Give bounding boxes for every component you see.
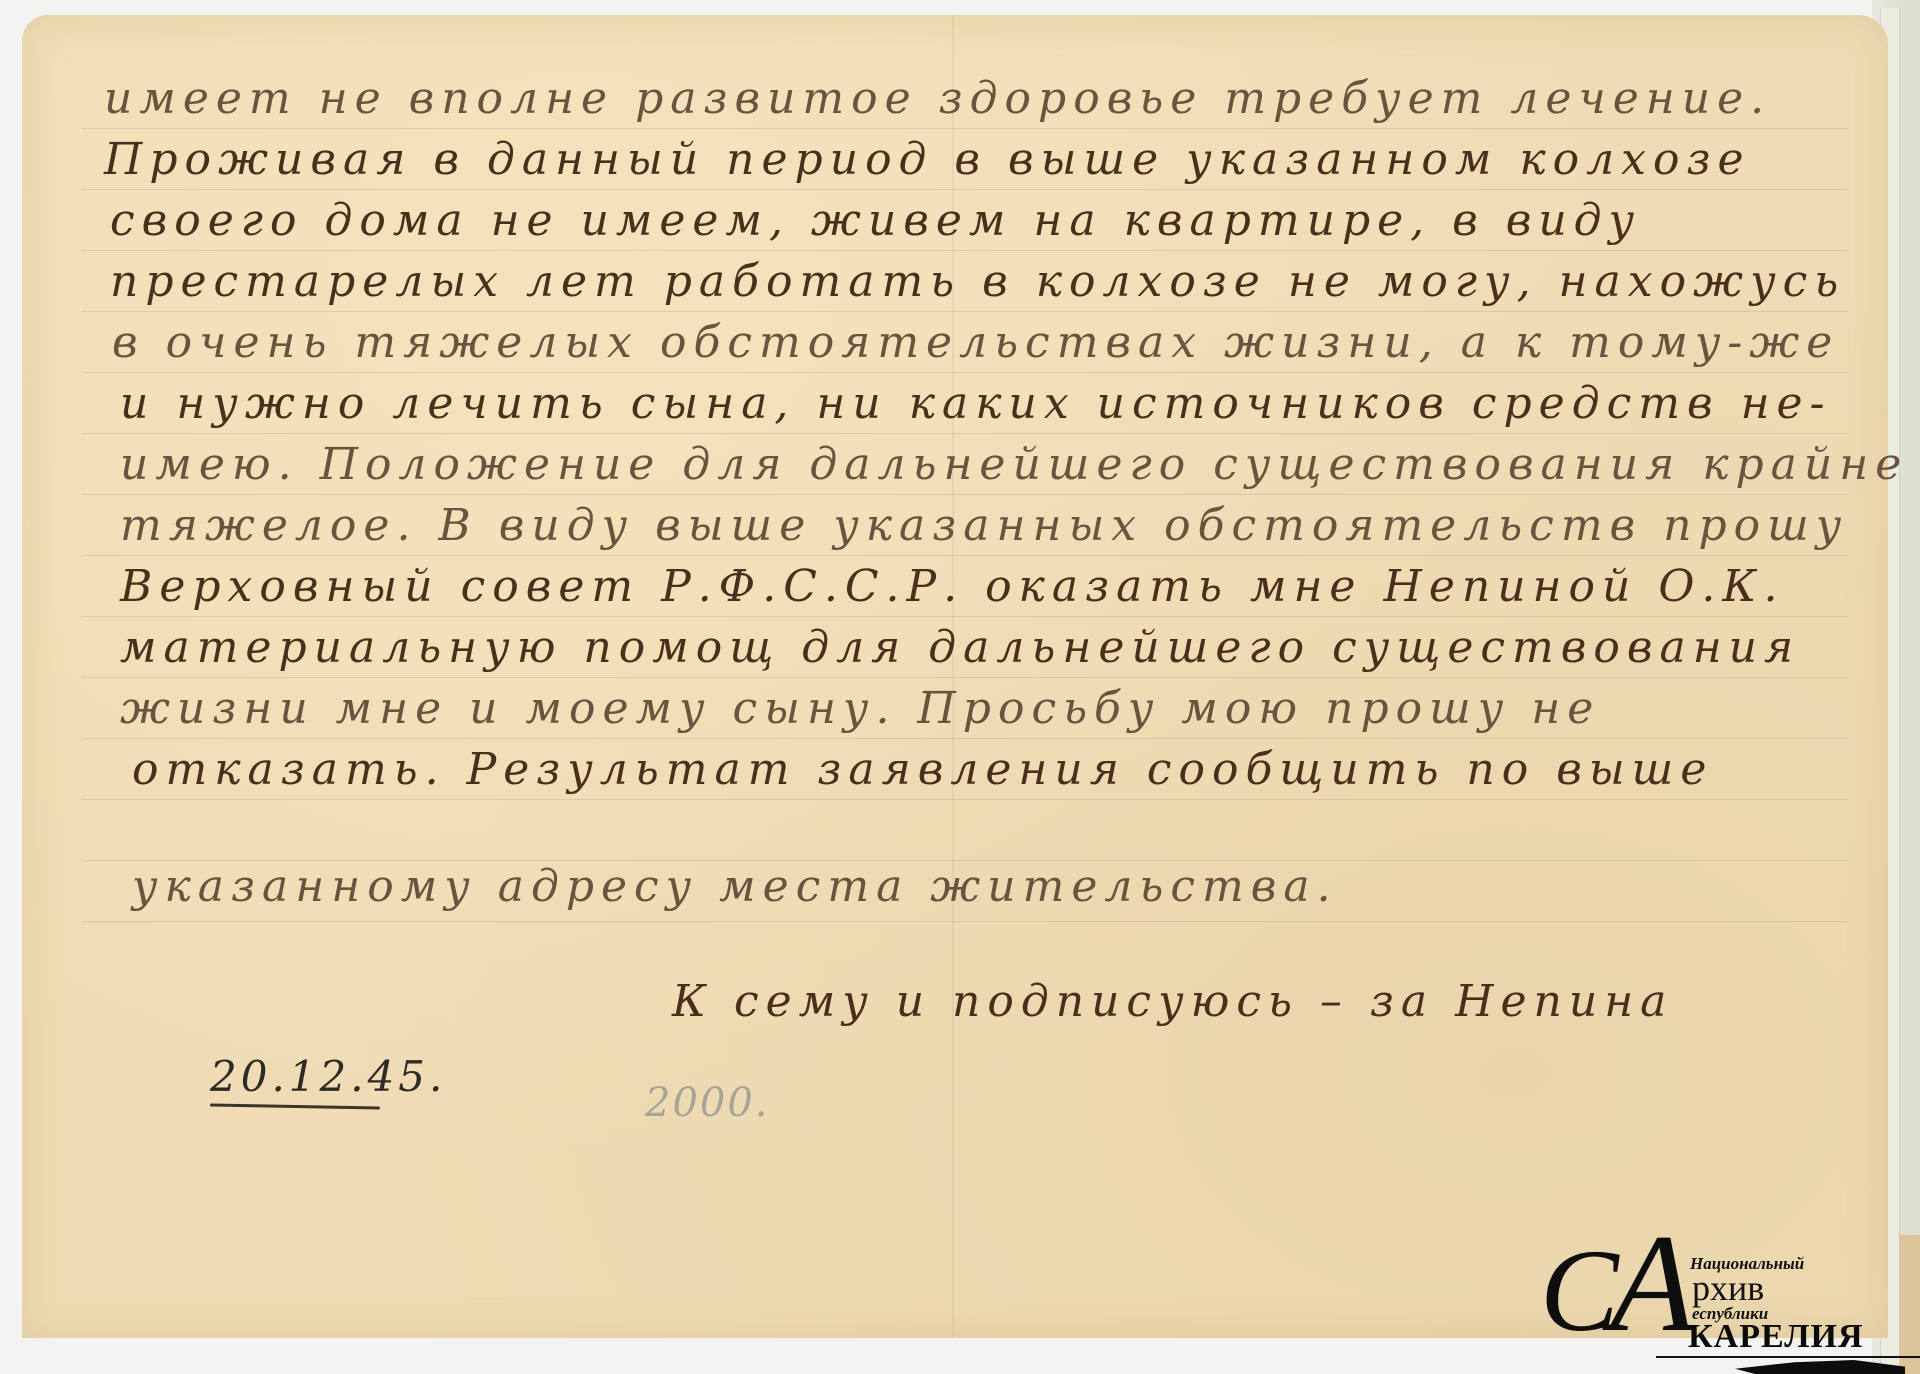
pencil-archive-number: 2000.: [645, 1080, 770, 1126]
logo-text-archive: рхив: [1692, 1270, 1764, 1306]
letter-line-3: своего дома не имеем, живем на квартире,…: [110, 199, 1641, 243]
letter-line-12: отказать. Результат заявления сообщить п…: [132, 748, 1713, 792]
archive-watermark-logo: С А Национальный рхив еспублики КАРЕЛИЯ: [1540, 1220, 1900, 1370]
letter-date: 20.12.45.: [210, 1052, 446, 1101]
logo-underline: [1656, 1356, 1920, 1358]
letter-line-5: в очень тяжелых обстоятельствах жизни, а…: [112, 321, 1839, 365]
letter-line-2: Проживая в данный период в выше указанно…: [104, 138, 1750, 182]
ruled-line: [82, 799, 1848, 800]
letter-line-9: Верховный совет Р.Ф.С.С.Р. оказать мне Н…: [120, 565, 1784, 609]
ruled-line: [82, 311, 1848, 312]
document-paper: имеет не вполне развитое здоровье требуе…: [22, 15, 1888, 1338]
letter-line-1: имеет не вполне развитое здоровье требуе…: [104, 77, 1771, 121]
ruled-line: [82, 677, 1848, 678]
ruled-line: [82, 250, 1848, 251]
quill-icon: [1735, 1360, 1905, 1374]
signature-line: К сему и подписуюсь – за Непина: [672, 980, 1673, 1024]
ruled-line: [82, 738, 1848, 739]
logo-initial-c: С: [1540, 1232, 1619, 1350]
letter-line-11: жизни мне и моему сыну. Просьбу мою прош…: [120, 687, 1600, 731]
logo-initial-a: А: [1610, 1214, 1696, 1354]
ruled-line: [82, 128, 1848, 129]
ruled-line: [82, 189, 1848, 190]
letter-line-8: тяжелое. В виду выше указанных обстоятел…: [120, 504, 1848, 548]
letter-line-6: и нужно лечить сына, ни каких источников…: [120, 382, 1831, 426]
ruled-line: [82, 616, 1848, 617]
backing-tan-edge: [1900, 1235, 1920, 1374]
ruled-line: [82, 494, 1848, 495]
ruled-line: [82, 433, 1848, 434]
logo-text-karelia: КАРЕЛИЯ: [1688, 1320, 1864, 1354]
letter-line-13: указанному адресу места жительства.: [132, 865, 1338, 909]
ruled-line: [82, 921, 1848, 922]
letter-line-4: престарелых лет работать в колхозе не мо…: [110, 260, 1845, 304]
ruled-line: [82, 555, 1848, 556]
ruled-line: [82, 372, 1848, 373]
letter-line-10: материальную помощ для дальнейшего сущес…: [120, 626, 1800, 670]
letter-line-7: имею. Положение для дальнейшего существо…: [120, 443, 1908, 487]
